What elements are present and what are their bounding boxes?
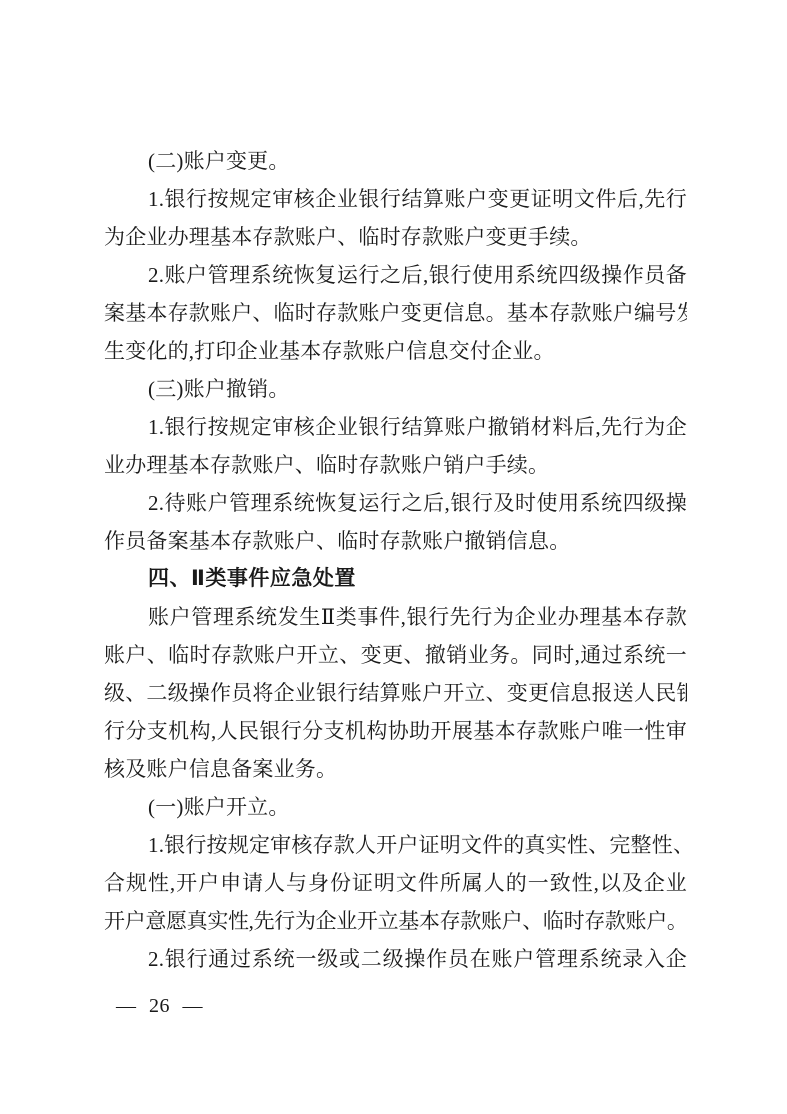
text-line: 1.银行按规定审核存款人开户证明文件的真实性、完整性、 [104,826,687,864]
subheading-account-change: (二)账户变更。 [104,142,687,180]
text-line: 合规性,开户申请人与身份证明文件所属人的一致性,以及企业 [104,864,687,902]
text-line: 为企业办理基本存款账户、临时存款账户变更手续。 [104,218,687,256]
text-line: 级、二级操作员将企业银行结算账户开立、变更信息报送人民银 [104,674,687,712]
text-line: 案基本存款账户、临时存款账户变更信息。基本存款账户编号发 [104,294,687,332]
text-line: 核及账户信息备案业务。 [104,750,687,788]
page-number: — 26 — [116,992,203,1020]
text-line: 账户管理系统发生Ⅱ类事件,银行先行为企业办理基本存款 [104,598,687,636]
text-line: 业办理基本存款账户、临时存款账户销户手续。 [104,446,687,484]
text-line: 行分支机构,人民银行分支机构协助开展基本存款账户唯一性审 [104,712,687,750]
document-page: (二)账户变更。 1.银行按规定审核企业银行结算账户变更证明文件后,先行 为企业… [0,0,787,1114]
text-line: 2.待账户管理系统恢复运行之后,银行及时使用系统四级操 [104,484,687,522]
text-line: 2.账户管理系统恢复运行之后,银行使用系统四级操作员备 [104,256,687,294]
document-body: (二)账户变更。 1.银行按规定审核企业银行结算账户变更证明文件后,先行 为企业… [104,142,687,978]
text-line: 2.银行通过系统一级或二级操作员在账户管理系统录入企 [104,940,687,978]
text-line: 生变化的,打印企业基本存款账户信息交付企业。 [104,332,687,370]
text-line: 账户、临时存款账户开立、变更、撤销业务。同时,通过系统一 [104,636,687,674]
subheading-account-cancel: (三)账户撤销。 [104,370,687,408]
section-heading-class2-events: 四、Ⅱ类事件应急处置 [104,560,687,598]
text-line: 开户意愿真实性,先行为企业开立基本存款账户、临时存款账户。 [104,902,687,940]
text-line: 1.银行按规定审核企业银行结算账户变更证明文件后,先行 [104,180,687,218]
text-line: 作员备案基本存款账户、临时存款账户撤销信息。 [104,522,687,560]
subheading-account-open: (一)账户开立。 [104,788,687,826]
text-line: 1.银行按规定审核企业银行结算账户撤销材料后,先行为企 [104,408,687,446]
